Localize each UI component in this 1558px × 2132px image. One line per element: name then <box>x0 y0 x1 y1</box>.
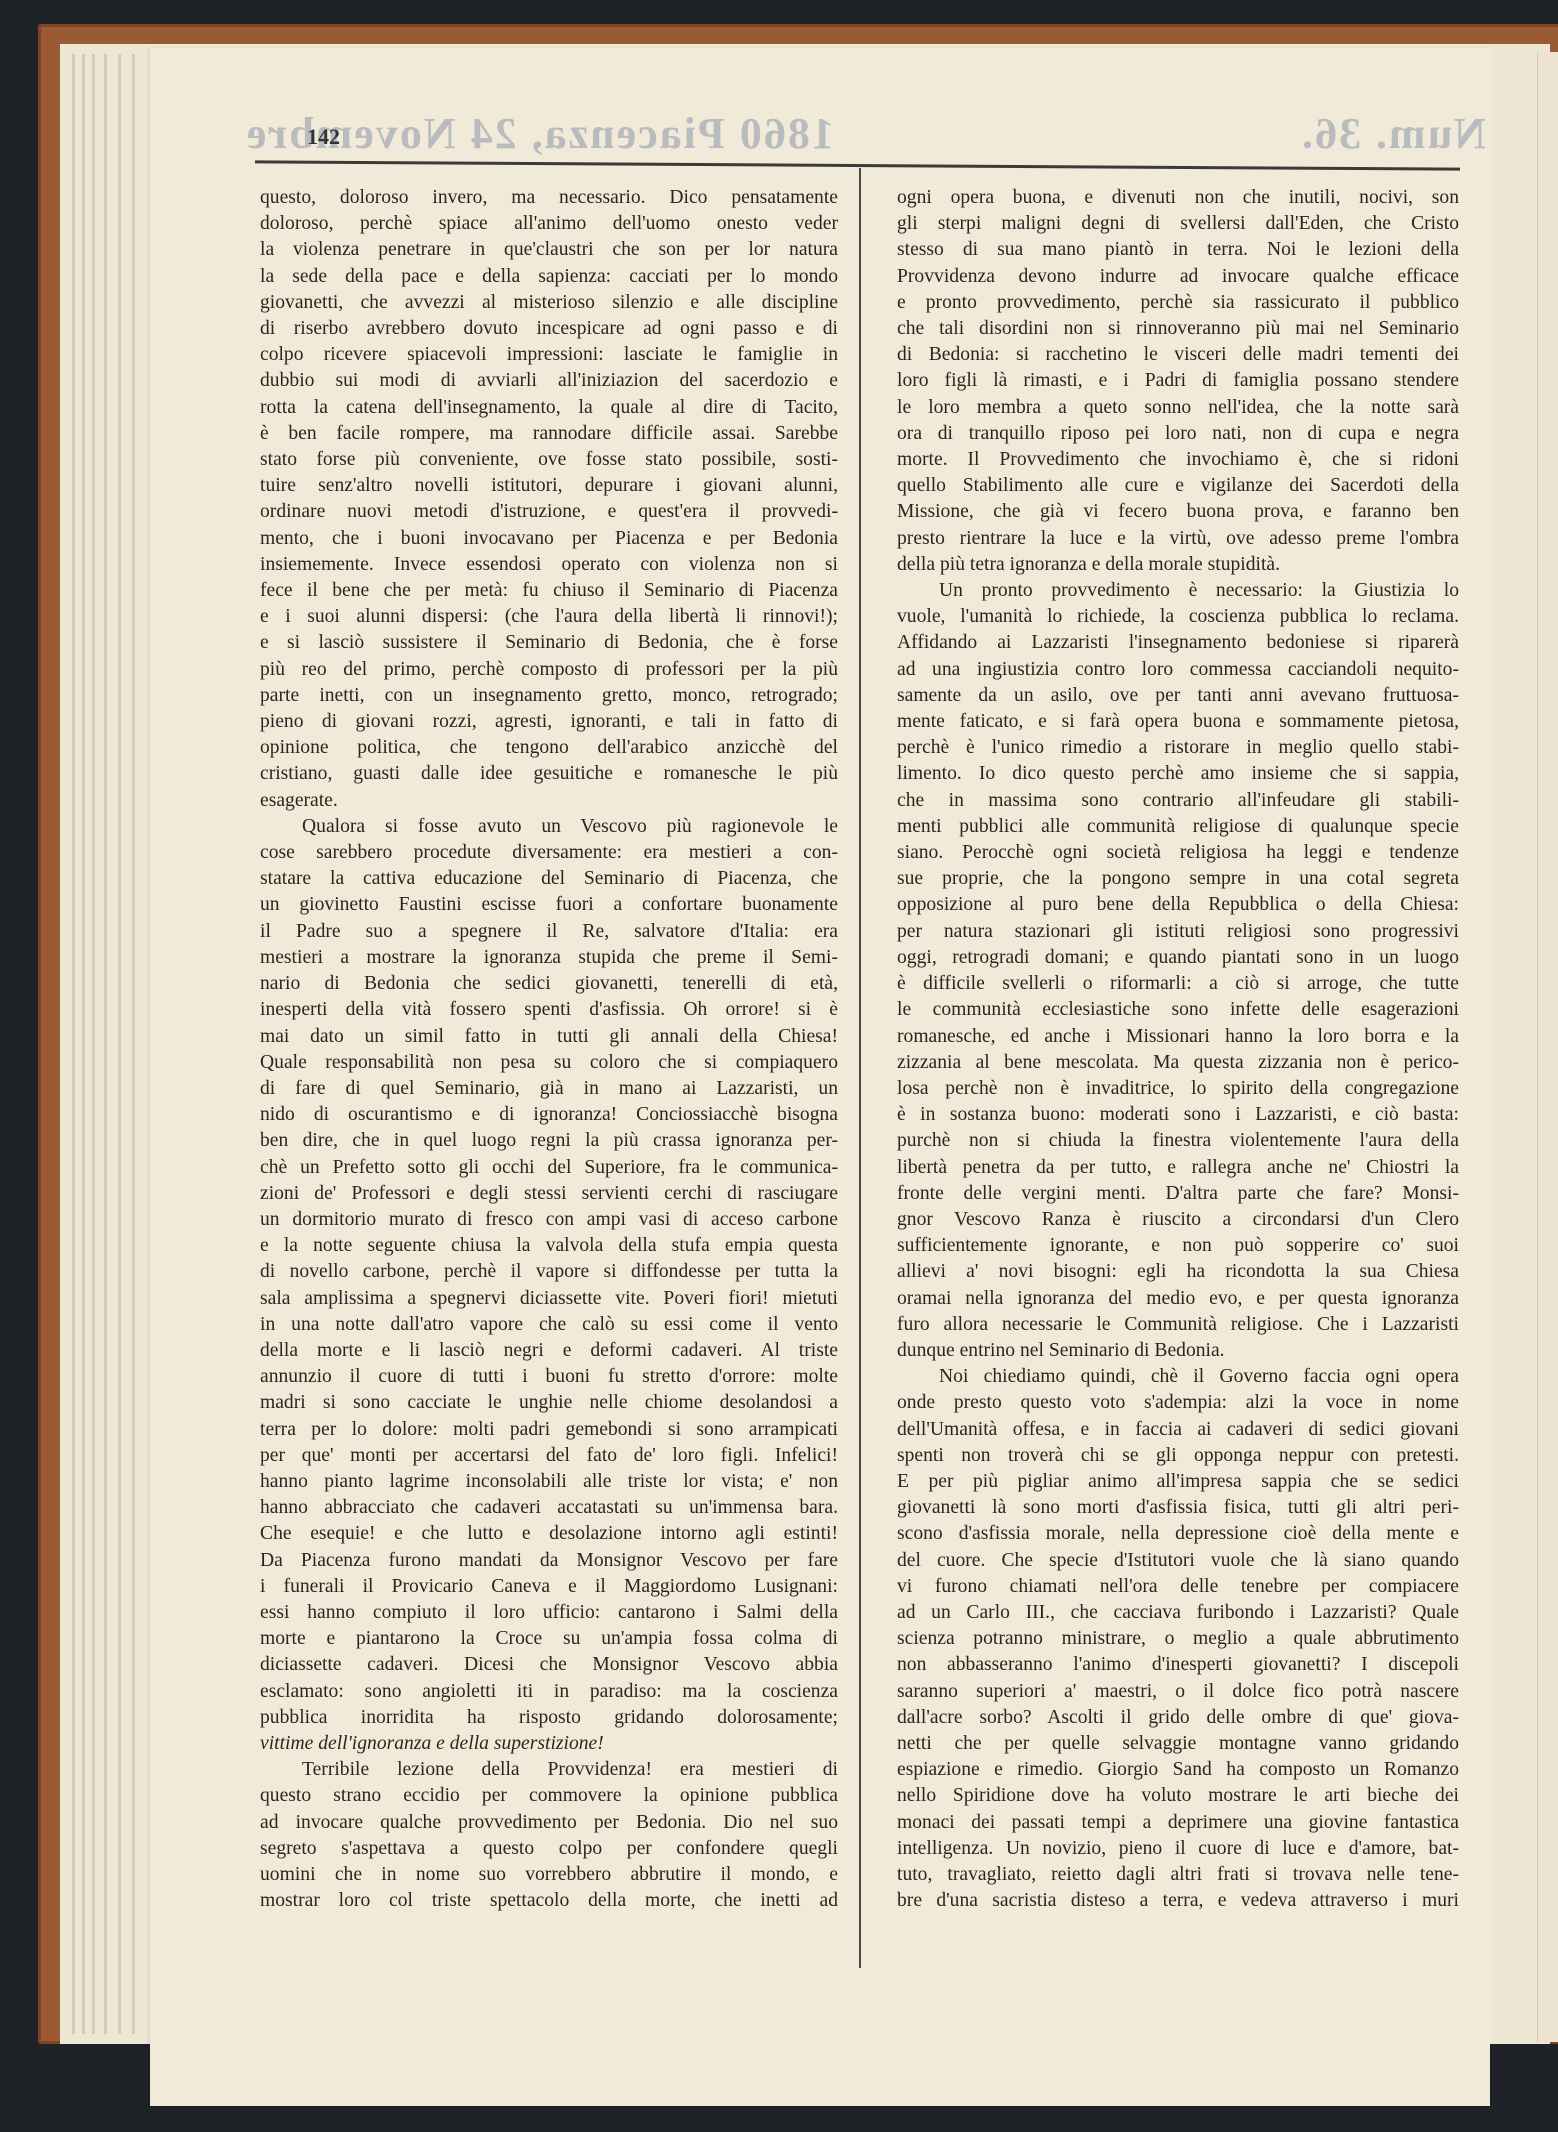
text-line: E per più pigliar animo all'impresa sapp… <box>897 1469 1459 1495</box>
text-line: questo strano eccidio per commovere la o… <box>260 1783 838 1809</box>
text-line: spenti non troverà chi se gli opponga ne… <box>897 1443 1459 1469</box>
text-line: stato forse più conveniente, ove fosse s… <box>260 447 838 473</box>
text-line: menti pubblici alle communità religiose … <box>897 814 1459 840</box>
text-line: rotta la catena dell'insegnamento, la qu… <box>260 395 838 421</box>
text-line: mente faticato, e si farà opera buona e … <box>897 709 1459 735</box>
text-line: Missione, che già vi fecero buona prova,… <box>897 499 1459 525</box>
text-line: giovanetti, che avvezzi al misterioso si… <box>260 290 838 316</box>
text-line: presto rientrare la luce e la virtù, ove… <box>897 526 1459 552</box>
text-line: esagerate. <box>260 788 838 814</box>
text-line: opinione politica, che tengono dell'arab… <box>260 735 838 761</box>
text-line: Noi chiediamo quindi, chè il Governo fac… <box>897 1364 1459 1390</box>
text-line: hanno pianto lagrime inconsolabili alle … <box>260 1469 838 1495</box>
left-column-text: questo, doloroso invero, ma necessario. … <box>260 185 838 1914</box>
text-line: questo, doloroso invero, ma necessario. … <box>260 185 838 211</box>
text-line: per que' monti per accertarsi del fato d… <box>260 1443 838 1469</box>
text-line: vittime dell'ignoranza e della superstiz… <box>260 1731 838 1757</box>
text-line: limento. Io dico questo perchè amo insie… <box>897 761 1459 787</box>
text-line: cristiano, guasti dalle idee gesuitiche … <box>260 761 838 787</box>
text-line: e si lasciò sussistere il Seminario di B… <box>260 630 838 656</box>
text-line: oggi, retrogradi domani; e quando pianta… <box>897 945 1459 971</box>
text-line: Che esequie! e che lutto e desolazione i… <box>260 1521 838 1547</box>
text-line: diciassette cadaveri. Dicesi che Monsign… <box>260 1652 838 1678</box>
text-line: della più tetra ignoranza e della morale… <box>897 552 1459 578</box>
text-line: sala amplissima a spegnervi diciassette … <box>260 1286 838 1312</box>
text-line: uomini che in nome suo vorrebbero abbrut… <box>260 1862 838 1888</box>
text-line: losa perchè non è invaditrice, lo spirit… <box>897 1076 1459 1102</box>
text-line: esclamato: sono angioletti iti in paradi… <box>260 1679 838 1705</box>
text-line: fronte delle vergini menti. D'altra part… <box>897 1181 1459 1207</box>
text-line: annunzio il cuore di tutti i buoni fu st… <box>260 1364 838 1390</box>
text-line: per natura stazionari gli istituti relig… <box>897 919 1459 945</box>
text-line: samente da un asilo, ove per tanti anni … <box>897 683 1459 709</box>
text-line: in una notte dall'atro vapore che calò s… <box>260 1312 838 1338</box>
text-line: hanno abbracciato che cadaveri accatasta… <box>260 1495 838 1521</box>
text-line: morte e piantarono la Croce su un'ampia … <box>260 1626 838 1652</box>
text-line: loro figli là rimasti, e i Padri di fami… <box>897 368 1459 394</box>
text-line: un giovinetto Faustini escisse fuori a c… <box>260 892 838 918</box>
text-line: mai dato un simil fatto in tutti gli ann… <box>260 1024 838 1050</box>
text-line: espiazione e rimedio. Giorgio Sand ha co… <box>897 1757 1459 1783</box>
text-line: Affidando ai Lazzaristi l'insegnamento b… <box>897 630 1459 656</box>
text-line: opposizione al puro bene della Repubblic… <box>897 892 1459 918</box>
text-line: ben dire, che in quel luogo regni la più… <box>260 1128 838 1154</box>
text-line: gli sterpi maligni degni di svellersi da… <box>897 211 1459 237</box>
text-line: non abbasseranno l'animo d'inesperti gio… <box>897 1652 1459 1678</box>
text-line: è in sostanza buono: moderati sono i Laz… <box>897 1102 1459 1128</box>
text-line: un dormitorio murato di fresco con ampi … <box>260 1207 838 1233</box>
text-line: furo allora necessarie le Communità reli… <box>897 1312 1459 1338</box>
text-line: giovanetti là sono morti d'asfissia fisi… <box>897 1495 1459 1521</box>
text-line: bre d'una sacristia disteso a terra, e v… <box>897 1888 1459 1914</box>
text-line: morte. Il Provvedimento che invochiamo è… <box>897 447 1459 473</box>
text-line: tuto, travagliato, reietto dagli altri f… <box>897 1862 1459 1888</box>
text-line: sufficientemente ignorante, e non può so… <box>897 1233 1459 1259</box>
text-line: di novello carbone, perchè il vapore si … <box>260 1259 838 1285</box>
text-line: nello Spiridione dove ha voluto mostrare… <box>897 1783 1459 1809</box>
text-line: dall'acre sorbo? Ascolti il grido delle … <box>897 1705 1459 1731</box>
column-divider <box>859 168 861 1968</box>
text-line: stesso di sua mano piantò in terra. Noi … <box>897 237 1459 263</box>
right-column-text: ogni opera buona, e divenuti non che inu… <box>897 185 1459 1914</box>
text-line: Da Piacenza furono mandati da Monsignor … <box>260 1548 838 1574</box>
text-line: oramai nella ignoranza del medio evo, e … <box>897 1286 1459 1312</box>
text-line: di fare di quel Seminario, già in mano a… <box>260 1076 838 1102</box>
next-page-edge <box>1537 52 1558 2042</box>
text-line: romanesche, ed anche i Missionari hanno … <box>897 1024 1459 1050</box>
text-line: Qualora si fosse avuto un Vescovo più ra… <box>260 814 838 840</box>
page-number: 142 <box>307 124 340 150</box>
text-line: pieno di giovani rozzi, agresti, ignoran… <box>260 709 838 735</box>
text-line: allievi a' novi bisogni: egli ha ricondo… <box>897 1259 1459 1285</box>
text-line: Terribile lezione della Provvidenza! era… <box>260 1757 838 1783</box>
text-line: inesperti della vità fossero spenti d'as… <box>260 997 838 1023</box>
text-line: scono d'asfissia morale, nella depressio… <box>897 1521 1459 1547</box>
text-line: e la notte seguente chiusa la valvola de… <box>260 1233 838 1259</box>
text-line: doloroso, perchè spiace all'animo dell'u… <box>260 211 838 237</box>
text-line: Quale responsabilità non pesa su coloro … <box>260 1050 838 1076</box>
text-line: la violenza penetrare in que'claustri ch… <box>260 237 838 263</box>
text-line: Un pronto provvedimento è necessario: la… <box>897 578 1459 604</box>
text-line: vi furono chiamati nell'ora delle tenebr… <box>897 1574 1459 1600</box>
text-line: ordinare nuovi metodi d'istruzione, e qu… <box>260 499 838 525</box>
text-line: e pronto provvedimento, perchè sia rassi… <box>897 290 1459 316</box>
text-line: perchè è l'unico rimedio a ristorare in … <box>897 735 1459 761</box>
bleed-through-header-right: Num. 36. <box>1300 108 1486 159</box>
text-line: terra per lo dolore: molti padri gemebon… <box>260 1417 838 1443</box>
text-line: pubblica inorridita ha risposto gridando… <box>260 1705 838 1731</box>
text-line: dell'Umanità offesa, e in faccia ai cada… <box>897 1417 1459 1443</box>
text-line: madri si sono cacciate le unghie nelle c… <box>260 1390 838 1416</box>
text-line: sue proprie, che la pongono sempre in un… <box>897 866 1459 892</box>
text-line: ora di tranquillo riposo pei loro nati, … <box>897 421 1459 447</box>
text-line: saranno superiori a' maestri, o il dolce… <box>897 1679 1459 1705</box>
text-line: la sede della pace e della sapienza: cac… <box>260 264 838 290</box>
text-line: le communità ecclesiastiche sono infette… <box>897 997 1459 1023</box>
text-line: parte inetti, con un insegnamento gretto… <box>260 683 838 709</box>
text-line: mostrar loro col triste spettacolo della… <box>260 1888 838 1914</box>
text-line: insiememente. Invece essendosi operato c… <box>260 552 838 578</box>
text-line: ogni opera buona, e divenuti non che inu… <box>897 185 1459 211</box>
text-line: nido di oscurantismo e di ignoranza! Con… <box>260 1102 838 1128</box>
text-line: il Padre suo a spegnere il Re, salvatore… <box>260 919 838 945</box>
text-line: siano. Perocchè ogni società religiosa h… <box>897 840 1459 866</box>
text-line: netti che per quelle selvaggie montagne … <box>897 1731 1459 1757</box>
text-line: essi hanno compiuto il loro ufficio: can… <box>260 1600 838 1626</box>
text-line: di Bedonia: si racchetino le visceri del… <box>897 342 1459 368</box>
text-line: ad una ingiustizia contro loro commessa … <box>897 657 1459 683</box>
text-line: mento, che i buoni invocavano per Piacen… <box>260 526 838 552</box>
text-line: statare la cattiva educazione del Semina… <box>260 866 838 892</box>
text-line: colpo ricevere spiacevoli impressioni: l… <box>260 342 838 368</box>
text-line: segreto s'aspettava a questo colpo per c… <box>260 1836 838 1862</box>
text-line: zizzania al bene mescolata. Ma questa zi… <box>897 1050 1459 1076</box>
text-line: e i suoi alunni dispersi: (che l'aura de… <box>260 604 838 630</box>
text-line: purchè non si chiuda la finestra violent… <box>897 1128 1459 1154</box>
text-line: dubbio sui modi di avviarli all'iniziazi… <box>260 368 838 394</box>
text-line: monaci dei passati tempi a deprimere una… <box>897 1810 1459 1836</box>
text-line: onde presto questo voto s'adempia: alzi … <box>897 1390 1459 1416</box>
text-line: di riserbo avrebbero dovuto incespicare … <box>260 316 838 342</box>
text-line: tuire senz'altro novelli istitutori, dep… <box>260 473 838 499</box>
text-line: gnor Vescovo Ranza è riuscito a circonda… <box>897 1207 1459 1233</box>
text-line: chè un Prefetto sotto gli occhi del Supe… <box>260 1155 838 1181</box>
text-line: che tali disordini non si rinnoveranno p… <box>897 316 1459 342</box>
text-line: vuole, l'umanità lo richiede, la coscien… <box>897 604 1459 630</box>
text-line: i funerali il Provicario Caneva e il Mag… <box>260 1574 838 1600</box>
text-line: cose sarebbero procedute diversamente: e… <box>260 840 838 866</box>
text-line: del cuore. Che specie d'Istitutori vuole… <box>897 1548 1459 1574</box>
text-line: che in massima sono contrario all'infeud… <box>897 788 1459 814</box>
text-line: fece il bene che per metà: fu chiuso il … <box>260 578 838 604</box>
text-line: nario di Bedonia che sedici giovanetti, … <box>260 971 838 997</box>
text-line: più reo del primo, perchè composto di pr… <box>260 657 838 683</box>
text-line: mestieri a mostrare la ignoranza stupida… <box>260 945 838 971</box>
text-line: intelligenza. Un novizio, pieno il cuore… <box>897 1836 1459 1862</box>
text-line: è difficile svellerli o riformarli: a ci… <box>897 971 1459 997</box>
text-line: dunque entrino nel Seminario di Bedonia. <box>897 1338 1459 1364</box>
text-line: ad un Carlo III., che cacciava furibondo… <box>897 1600 1459 1626</box>
text-line: scienza potranno ministrare, o meglio a … <box>897 1626 1459 1652</box>
text-line: Provvidenza devono indurre ad invocare q… <box>897 264 1459 290</box>
text-line: della morte e li lasciò negri e deformi … <box>260 1338 838 1364</box>
text-line: ad invocare qualche provvedimento per Be… <box>260 1810 838 1836</box>
text-line: le loro membra a queto sonno nell'idea, … <box>897 395 1459 421</box>
text-line: è ben facile rompere, ma rannodare diffi… <box>260 421 838 447</box>
text-line: libertà penetra da per tutto, e rallegra… <box>897 1155 1459 1181</box>
text-line: quello Stabilimento alle cure e vigilanz… <box>897 473 1459 499</box>
text-line: zioni de' Professori e degli stessi serv… <box>260 1181 838 1207</box>
